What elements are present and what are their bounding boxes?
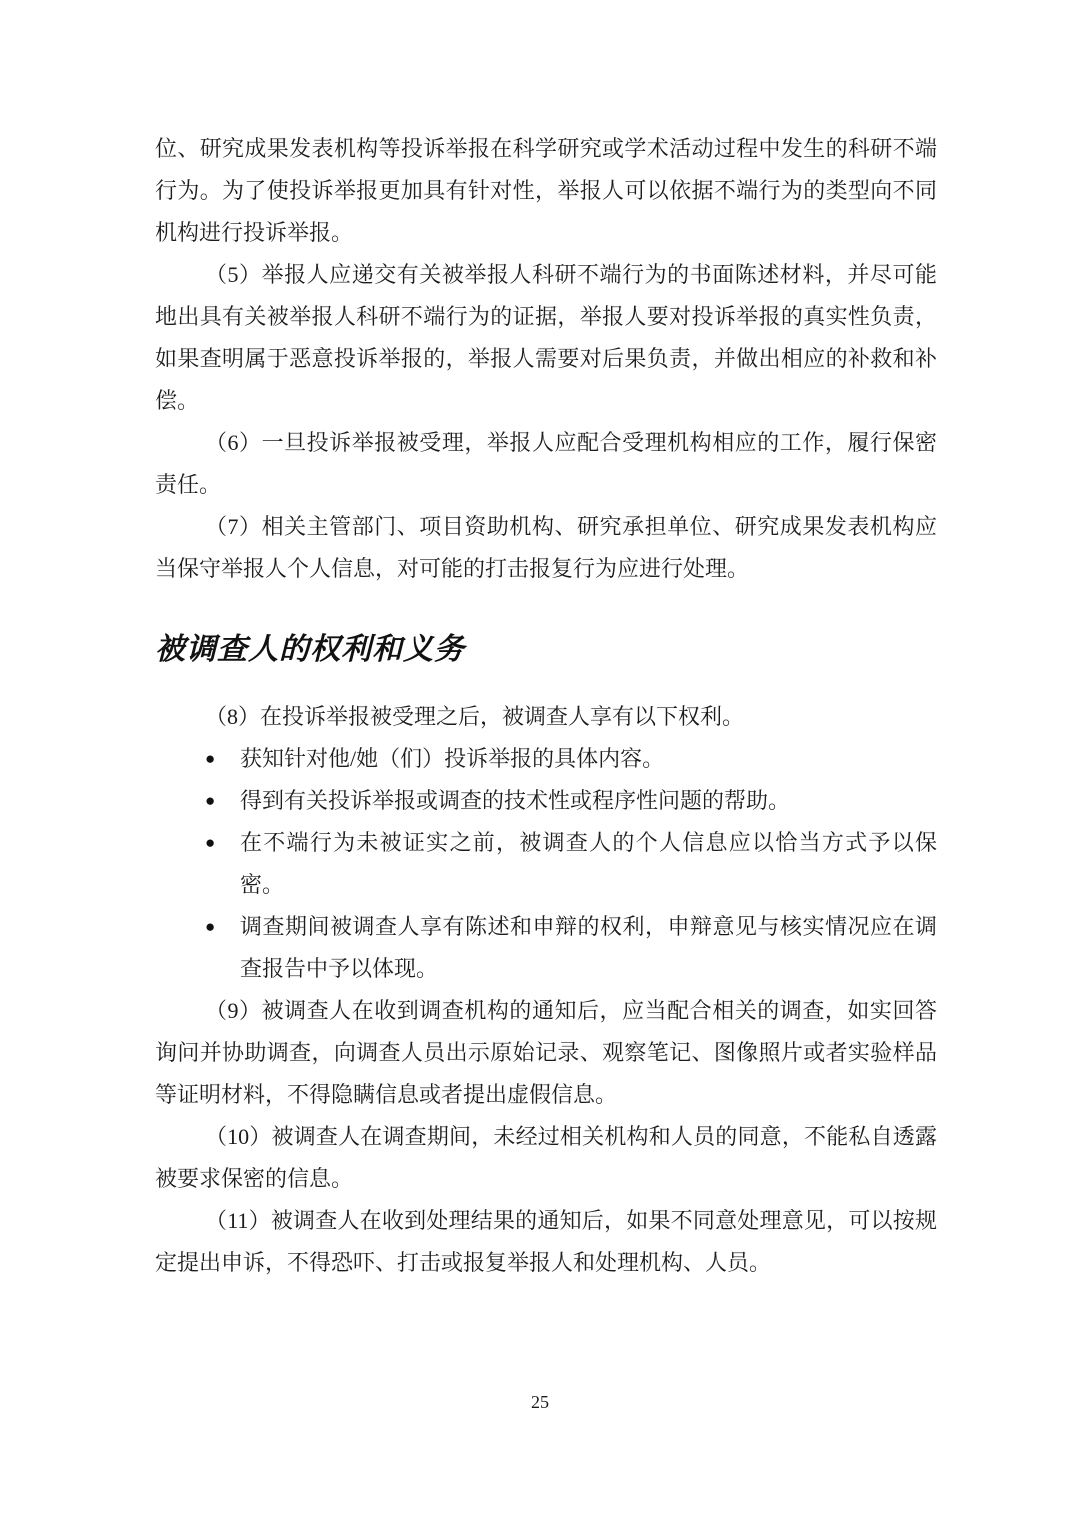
paragraph: （11）被调查人在收到处理结果的通知后，如果不同意处理意见，可以按规定提出申诉，… [155, 1200, 937, 1284]
bullet-icon: ● [205, 780, 240, 822]
bullet-item: ● 在不端行为未被证实之前，被调查人的个人信息应以恰当方式予以保密。 [155, 822, 937, 906]
page-footer: 25 [0, 1392, 1080, 1413]
document-page: 位、研究成果发表机构等投诉举报在科学研究或学术活动过程中发生的科研不端行为。为了… [0, 0, 1080, 1527]
paragraph: （6）一旦投诉举报被受理，举报人应配合受理机构相应的工作，履行保密责任。 [155, 422, 937, 506]
bullet-icon: ● [205, 906, 240, 948]
document-body: 位、研究成果发表机构等投诉举报在科学研究或学术活动过程中发生的科研不端行为。为了… [155, 128, 937, 1284]
paragraph: （10）被调查人在调查期间，未经过相关机构和人员的同意，不能私自透露被要求保密的… [155, 1116, 937, 1200]
page-number: 25 [531, 1392, 549, 1412]
bullet-icon: ● [205, 738, 240, 780]
bullet-item: ● 调查期间被调查人享有陈述和申辩的权利，申辩意见与核实情况应在调查报告中予以体… [155, 906, 937, 990]
paragraph: （8）在投诉举报被受理之后，被调查人享有以下权利。 [155, 696, 937, 738]
bullet-item: ● 得到有关投诉举报或调查的技术性或程序性问题的帮助。 [155, 780, 937, 822]
bullet-item-text: 调查期间被调查人享有陈述和申辩的权利，申辩意见与核实情况应在调查报告中予以体现。 [240, 906, 937, 990]
paragraph: 位、研究成果发表机构等投诉举报在科学研究或学术活动过程中发生的科研不端行为。为了… [155, 128, 937, 254]
paragraph: （5）举报人应递交有关被举报人科研不端行为的书面陈述材料，并尽可能地出具有关被举… [155, 254, 937, 422]
paragraph: （7）相关主管部门、项目资助机构、研究承担单位、研究成果发表机构应当保守举报人个… [155, 506, 937, 590]
bullet-item-text: 在不端行为未被证实之前，被调查人的个人信息应以恰当方式予以保密。 [240, 822, 937, 906]
section-heading: 被调查人的权利和义务 [155, 630, 937, 670]
bullet-item-text: 得到有关投诉举报或调查的技术性或程序性问题的帮助。 [240, 780, 937, 822]
bullet-icon: ● [205, 822, 240, 864]
bullet-item-text: 获知针对他/她（们）投诉举报的具体内容。 [240, 738, 937, 780]
bullet-item: ● 获知针对他/她（们）投诉举报的具体内容。 [155, 738, 937, 780]
paragraph: （9）被调查人在收到调查机构的通知后，应当配合相关的调查，如实回答询问并协助调查… [155, 990, 937, 1116]
